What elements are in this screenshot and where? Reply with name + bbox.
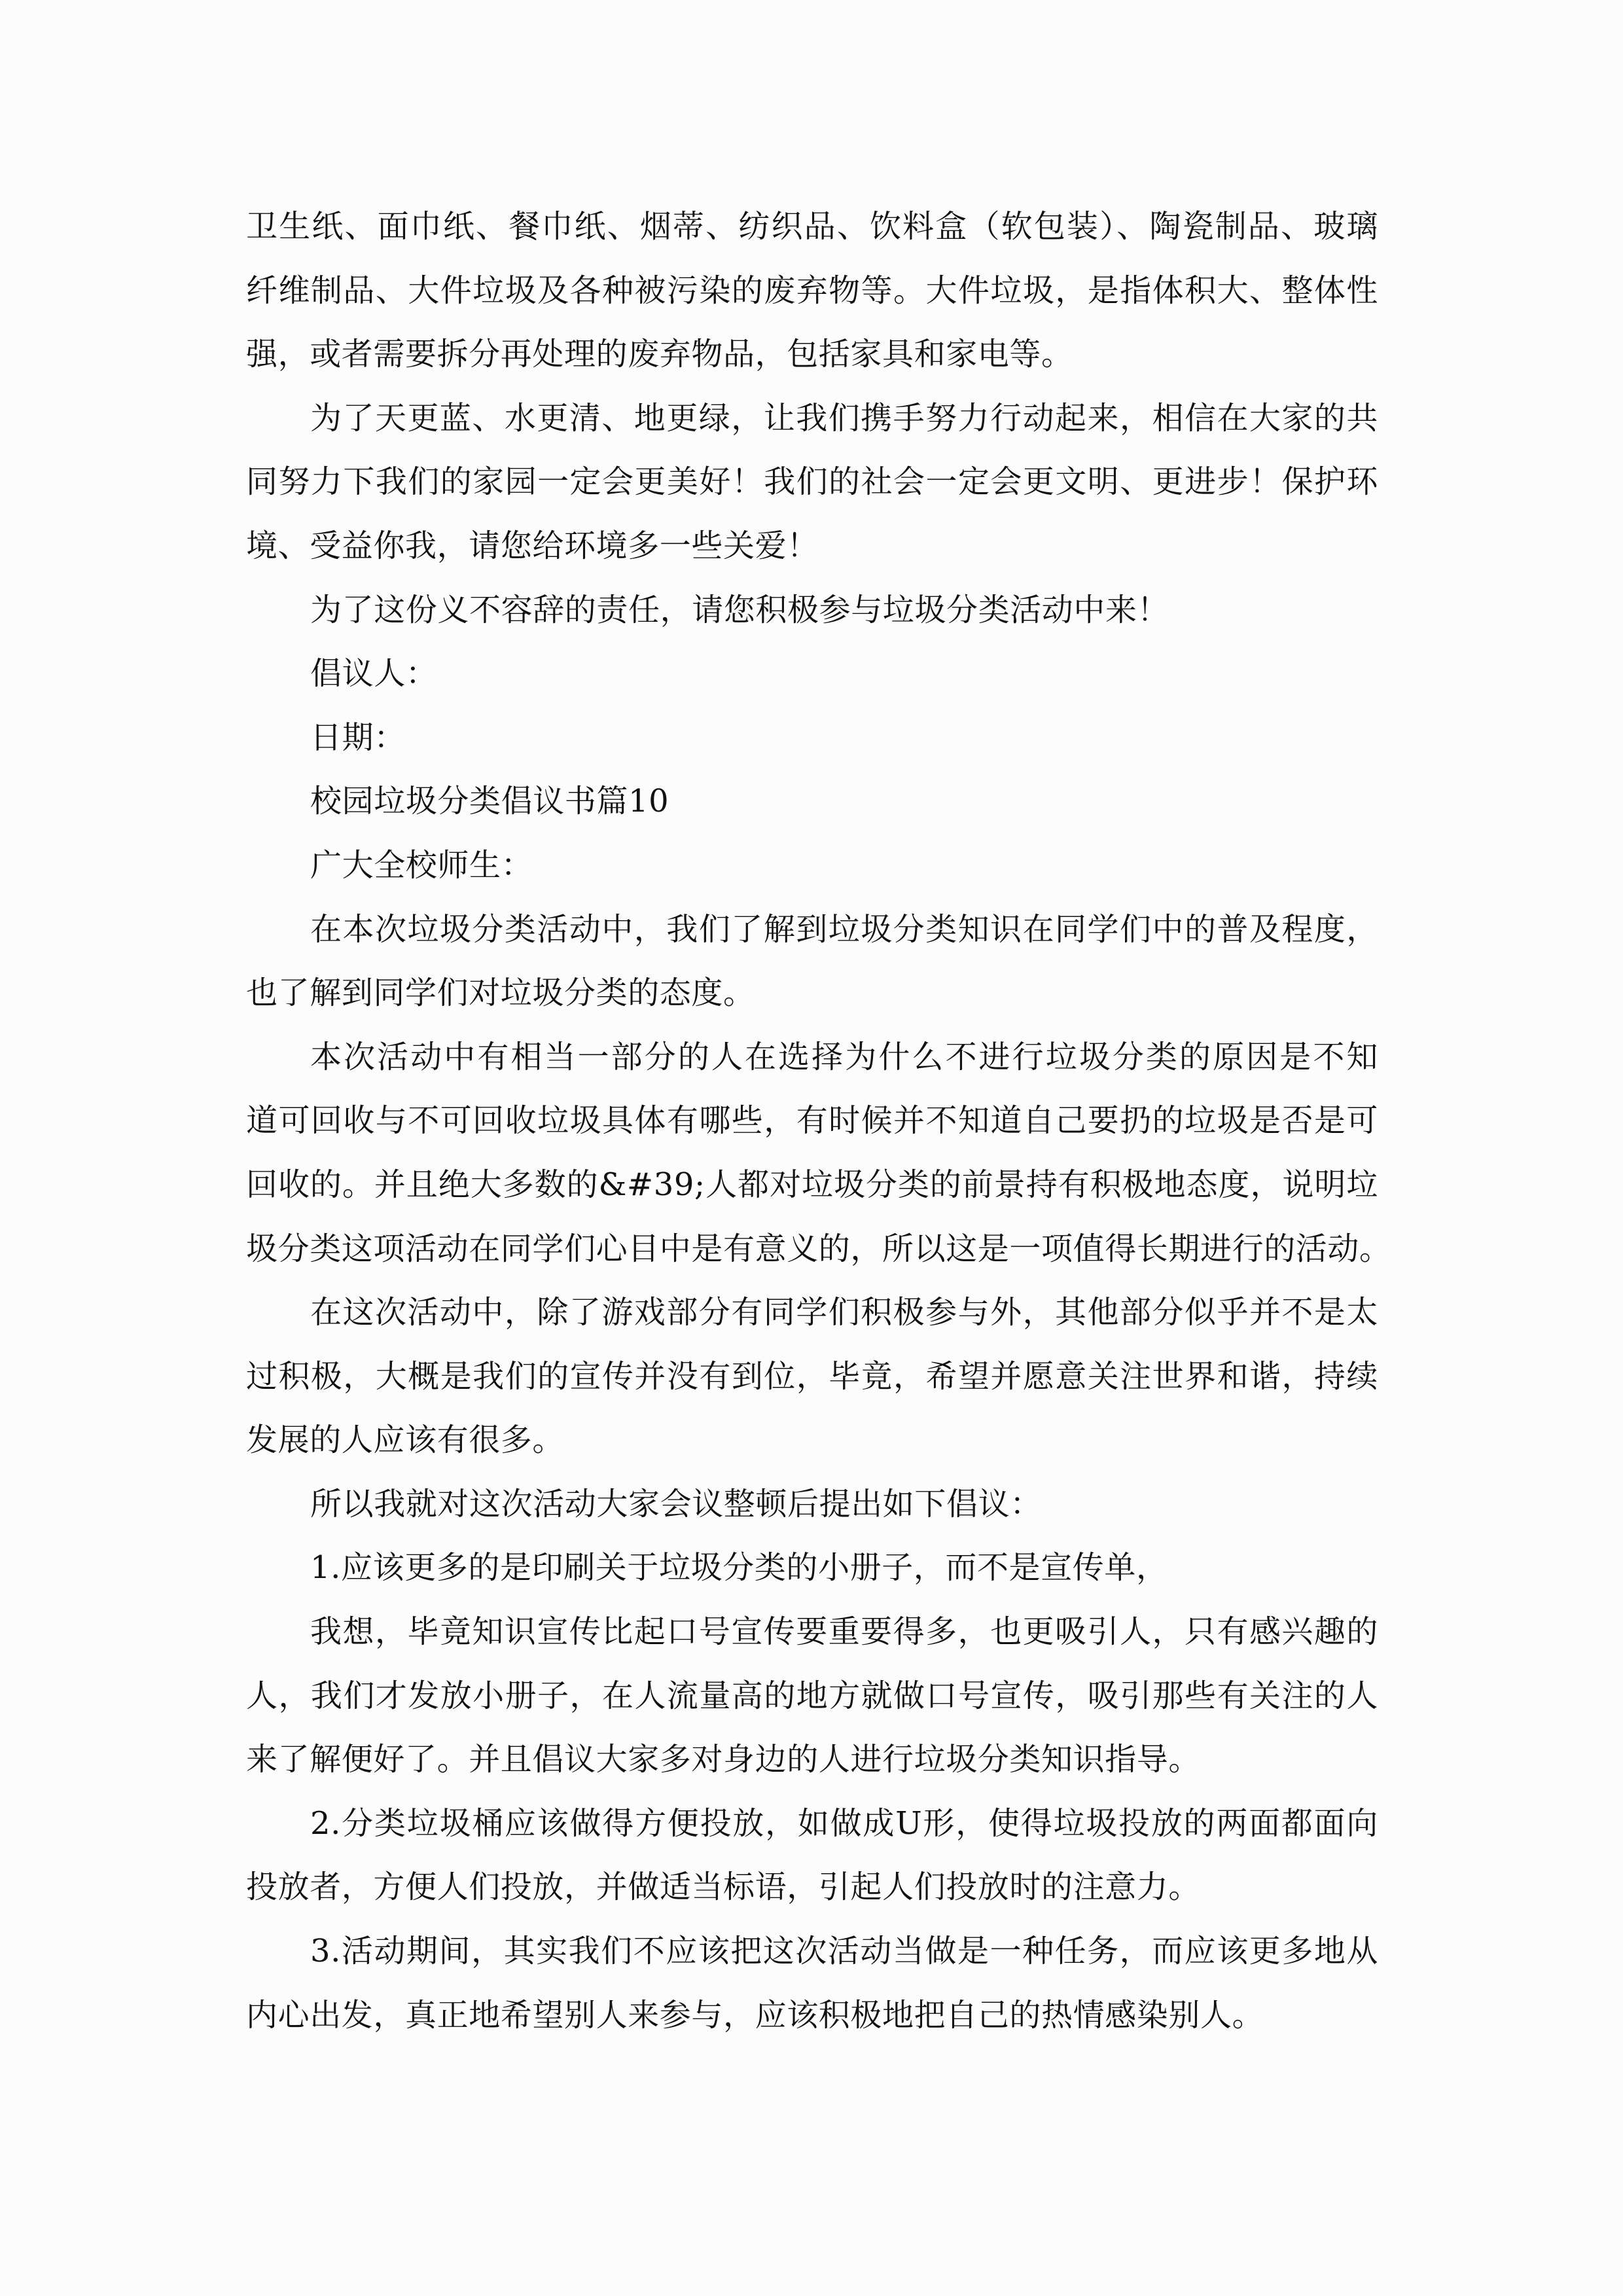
- text-line: 广大全校师生：: [246, 842, 1378, 906]
- heading-text: 校园垃圾分类倡议书篇10: [246, 778, 1378, 842]
- text-line: 本次活动中有相当一部分的人在选择为什么不进行垃圾分类的原因是不知: [246, 1033, 1378, 1098]
- text-line: 也了解到同学们对垃圾分类的态度。: [246, 969, 1378, 1033]
- document-page: 卫生纸、面巾纸、餐巾纸、烟蒂、纺织品、饮料盒（软包装）、陶瓷制品、玻璃 纤维制品…: [0, 0, 1623, 2296]
- document-body: 卫生纸、面巾纸、餐巾纸、烟蒂、纺织品、饮料盒（软包装）、陶瓷制品、玻璃 纤维制品…: [246, 203, 1378, 2055]
- proposal-item-3: 3.活动期间，其实我们不应该把这次活动当做是一种任务，而应该更多地从 内心出发，…: [246, 1928, 1378, 2055]
- section-heading: 校园垃圾分类倡议书篇10: [246, 778, 1378, 842]
- paragraph-responsibility: 为了这份义不容辞的责任，请您积极参与垃圾分类活动中来！: [246, 586, 1378, 651]
- text-line: 回收的。并且绝大多数的&#39;人都对垃圾分类的前景持有积极地态度，说明垃: [246, 1161, 1378, 1225]
- text-line: 为了这份义不容辞的责任，请您积极参与垃圾分类活动中来！: [246, 586, 1378, 651]
- paragraph-participation: 在这次活动中，除了游戏部分有同学们积极参与外，其他部分似乎并不是太 过积极，大概…: [246, 1289, 1378, 1480]
- paragraph-intro: 在本次垃圾分类活动中，我们了解到垃圾分类知识在同学们中的普及程度， 也了解到同学…: [246, 906, 1378, 1033]
- text-line: 同努力下我们的家园一定会更美好！我们的社会一定会更文明、更进步！保护环: [246, 458, 1378, 522]
- paragraph-findings: 本次活动中有相当一部分的人在选择为什么不进行垃圾分类的原因是不知 道可回收与不可…: [246, 1033, 1378, 1289]
- text-line: 日期：: [246, 714, 1378, 778]
- text-line: 为了天更蓝、水更清、地更绿，让我们携手努力行动起来，相信在大家的共: [246, 395, 1378, 459]
- text-line: 纤维制品、大件垃圾及各种被污染的废弃物等。大件垃圾，是指体积大、整体性: [246, 267, 1378, 331]
- proposal-item-1: 1.应该更多的是印刷关于垃圾分类的小册子，而不是宣传单，: [246, 1544, 1378, 1608]
- text-line: 1.应该更多的是印刷关于垃圾分类的小册子，而不是宣传单，: [246, 1544, 1378, 1608]
- text-line: 我想，毕竟知识宣传比起口号宣传要重要得多，也更吸引人，只有感兴趣的: [246, 1608, 1378, 1672]
- text-line: 圾分类这项活动在同学们心目中是有意义的，所以这是一项值得长期进行的活动。: [246, 1225, 1378, 1289]
- text-line: 2.分类垃圾桶应该做得方便投放，如做成U形，使得垃圾投放的两面都面向: [246, 1800, 1378, 1864]
- text-line: 境、受益你我，请您给环境多一些关爱！: [246, 522, 1378, 586]
- paragraph-trash-types: 卫生纸、面巾纸、餐巾纸、烟蒂、纺织品、饮料盒（软包装）、陶瓷制品、玻璃 纤维制品…: [246, 203, 1378, 395]
- text-line: 在这次活动中，除了游戏部分有同学们积极参与外，其他部分似乎并不是太: [246, 1289, 1378, 1353]
- text-line: 内心出发，真正地希望别人来参与，应该积极地把自己的热情感染别人。: [246, 1992, 1378, 2056]
- text-line: 强，或者需要拆分再处理的废弃物品，包括家具和家电等。: [246, 331, 1378, 395]
- salutation: 广大全校师生：: [246, 842, 1378, 906]
- paragraph-proposal-lead: 所以我就对这次活动大家会议整顿后提出如下倡议：: [246, 1480, 1378, 1545]
- text-line: 所以我就对这次活动大家会议整顿后提出如下倡议：: [246, 1480, 1378, 1545]
- text-line: 发展的人应该有很多。: [246, 1416, 1378, 1480]
- text-line: 3.活动期间，其实我们不应该把这次活动当做是一种任务，而应该更多地从: [246, 1928, 1378, 1992]
- text-line: 人，我们才发放小册子，在人流量高的地方就做口号宣传，吸引那些有关注的人: [246, 1672, 1378, 1736]
- text-line: 在本次垃圾分类活动中，我们了解到垃圾分类知识在同学们中的普及程度，: [246, 906, 1378, 970]
- proposal-item-2: 2.分类垃圾桶应该做得方便投放，如做成U形，使得垃圾投放的两面都面向 投放者，方…: [246, 1800, 1378, 1928]
- paragraph-call-to-action: 为了天更蓝、水更清、地更绿，让我们携手努力行动起来，相信在大家的共 同努力下我们…: [246, 395, 1378, 586]
- text-line: 卫生纸、面巾纸、餐巾纸、烟蒂、纺织品、饮料盒（软包装）、陶瓷制品、玻璃: [246, 203, 1378, 267]
- text-line: 来了解便好了。并且倡议大家多对身边的人进行垃圾分类知识指导。: [246, 1736, 1378, 1800]
- text-line: 道可回收与不可回收垃圾具体有哪些，有时候并不知道自己要扔的垃圾是否是可: [246, 1097, 1378, 1161]
- proposal-item-1-detail: 我想，毕竟知识宣传比起口号宣传要重要得多，也更吸引人，只有感兴趣的 人，我们才发…: [246, 1608, 1378, 1800]
- text-line: 投放者，方便人们投放，并做适当标语，引起人们投放时的注意力。: [246, 1863, 1378, 1928]
- text-line: 倡议人：: [246, 650, 1378, 714]
- initiator-label: 倡议人：: [246, 650, 1378, 714]
- date-label: 日期：: [246, 714, 1378, 778]
- text-line: 过积极，大概是我们的宣传并没有到位，毕竟，希望并愿意关注世界和谐，持续: [246, 1353, 1378, 1417]
